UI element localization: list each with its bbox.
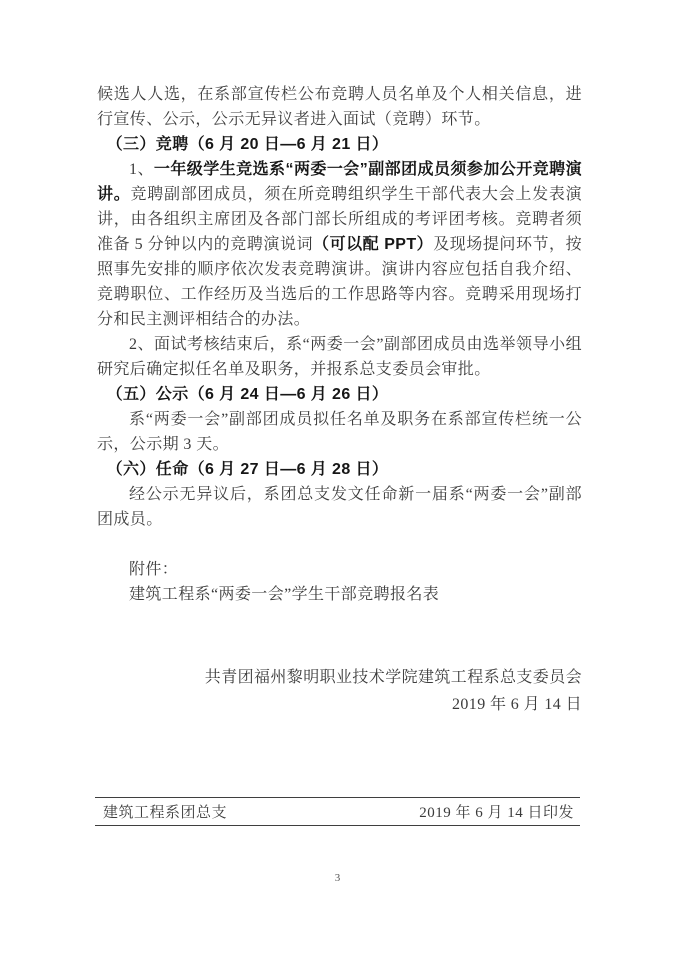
document-page: 候选人人选，在系部宣传栏公布竞聘人员名单及个人相关信息，进行宣传、公示，公示无异… — [0, 0, 675, 955]
document-body: 候选人人选，在系部宣传栏公布竞聘人员名单及个人相关信息，进行宣传、公示，公示无异… — [97, 82, 582, 717]
item-1-bold-ppt: （可以配 PPT） — [313, 236, 433, 253]
section-heading-3: （三）竞聘（6 月 20 日—6 月 21 日） — [97, 132, 582, 157]
signature-date: 2019 年 6 月 14 日 — [97, 692, 582, 717]
section-heading-5: （五）公示（6 月 24 日—6 月 26 日） — [97, 382, 582, 407]
footer-print-date: 2019 年 6 月 14 日印发 — [419, 801, 574, 822]
page-number: 3 — [0, 872, 675, 884]
paragraph-continuation: 候选人人选，在系部宣传栏公布竞聘人员名单及个人相关信息，进行宣传、公示，公示无异… — [97, 82, 582, 132]
attachment-item: 建筑工程系“两委一会”学生干部竞聘报名表 — [97, 582, 582, 607]
paragraph-section-6: 经公示无异议后，系团总支发文任命新一届系“两委一会”副部团成员。 — [97, 482, 582, 532]
footer-issuer: 建筑工程系团总支 — [103, 801, 227, 822]
paragraph-item-2: 2、面试考核结束后，系“两委一会”副部团成员由选举领导小组研究后确定拟任名单及职… — [97, 332, 582, 382]
signature-block: 共青团福州黎明职业技术学院建筑工程系总支委员会 2019 年 6 月 14 日 — [97, 665, 582, 717]
footer-imprint-bar: 建筑工程系团总支 2019 年 6 月 14 日印发 — [95, 797, 580, 826]
section-heading-6: （六）任命（6 月 27 日—6 月 28 日） — [97, 457, 582, 482]
paragraph-item-1: 1、一年级学生竞选系“两委一会”副部团成员须参加公开竞聘演讲。竞聘副部团成员，须… — [97, 157, 582, 332]
attachment-label: 附件： — [97, 557, 582, 582]
paragraph-section-5: 系“两委一会”副部团成员拟任名单及职务在系部宣传栏统一公示，公示期 3 天。 — [97, 407, 582, 457]
item-1-marker: 1、 — [129, 161, 154, 178]
signature-organization: 共青团福州黎明职业技术学院建筑工程系总支委员会 — [97, 665, 582, 690]
